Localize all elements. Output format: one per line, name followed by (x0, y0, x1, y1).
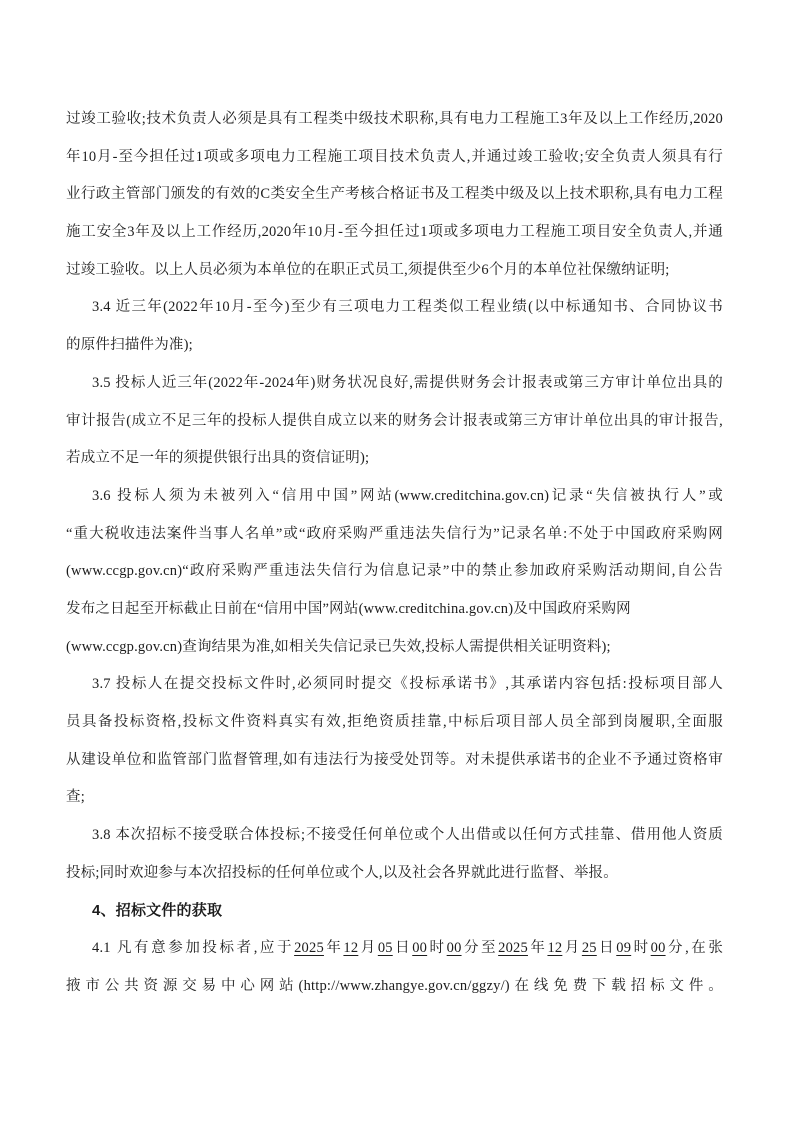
paragraph-section-3-7: 3.7 投标人在提交投标文件时,必须同时提交《投标承诺书》,其承诺内容包括:投标… (66, 666, 723, 817)
underlined-value: 25 (582, 940, 597, 956)
text-segment: 年 (324, 940, 344, 956)
document-body: 过竣工验收;技术负责人必须是具有工程类中级技术职称,具有电力工程施工3年及以上工… (66, 101, 723, 1006)
text-line: 业行政主管部门颁发的有效的C类安全生产考核合格证书及工程类中级及以上技术职称,具… (66, 176, 723, 214)
text-segment: 时 (631, 940, 651, 956)
text-line: 的原件扫描件为准); (66, 327, 723, 365)
text-segment: 年 (528, 940, 548, 956)
text-segment: 分至 (462, 940, 499, 956)
section-heading: 4、招标文件的获取 (66, 892, 723, 930)
paragraph-section-3-5: 3.5 投标人近三年(2022年-2024年)财务状况良好,需提供财务会计报表或… (66, 365, 723, 478)
text-line: 员具备投标资格,投标文件资料真实有效,拒绝资质挂靠,中标后项目部人员全部到岗履职… (66, 704, 723, 742)
text-segment: 时 (427, 940, 447, 956)
paragraph-section-3-8: 3.8 本次招标不接受联合体投标;不接受任何单位或个人出借或以任何方式挂靠、借用… (66, 817, 723, 892)
underlined-value: 2025 (498, 940, 528, 956)
underlined-value: 00 (447, 940, 462, 956)
text-line: 过竣工验收。以上人员必须为本单位的在职正式员工,须提供至少6个月的本单位社保缴纳… (66, 252, 723, 290)
paragraph-section-3-4: 3.4 近三年(2022年10月-至今)至少有三项电力工程类似工程业绩(以中标通… (66, 289, 723, 364)
text-line: 4.1 凡有意参加投标者,应于2025年12月05日00时00分至2025年12… (66, 930, 723, 968)
text-line: 过竣工验收;技术负责人必须是具有工程类中级技术职称,具有电力工程施工3年及以上工… (66, 101, 723, 139)
text-line: “重大税收违法案件当事人名单”或“政府采购严重违法失信行为”记录名单:不处于中国… (66, 516, 723, 554)
text-segment: 日 (597, 940, 617, 956)
text-segment: 4.1 凡有意参加投标者,应于 (92, 940, 294, 956)
text-line: 3.7 投标人在提交投标文件时,必须同时提交《投标承诺书》,其承诺内容包括:投标… (66, 666, 723, 704)
text-line: 掖市公共资源交易中心网站(http://www.zhangye.gov.cn/g… (66, 968, 723, 1006)
paragraph-section-3-6: 3.6 投标人须为未被列入“信用中国”网站(www.creditchina.go… (66, 478, 723, 666)
underlined-value: 12 (547, 940, 562, 956)
text-line: 年10月-至今担任过1项或多项电力工程施工项目技术负责人,并通过竣工验收;安全负… (66, 139, 723, 177)
text-line: 发布之日起至开标截止日前在“信用中国”网站(www.creditchina.go… (66, 591, 723, 629)
underlined-value: 00 (651, 940, 666, 956)
text-line: 查; (66, 779, 723, 817)
text-line: 施工安全3年及以上工作经历,2020年10月-至今担任过1项或多项电力工程施工项… (66, 214, 723, 252)
text-segment: 分,在张 (666, 940, 724, 956)
text-line: 若成立不足一年的须提供银行出具的资信证明); (66, 440, 723, 478)
underlined-value: 00 (412, 940, 427, 956)
text-line: (www.ccgp.gov.cn)“政府采购严重违法失信行为信息记录”中的禁止参… (66, 553, 723, 591)
text-line: 投标;同时欢迎参与本次招投标的任何单位或个人,以及社会各界就此进行监督、举报。 (66, 855, 723, 893)
text-line: 从建设单位和监管部门监督管理,如有违法行为接受处罚等。对未提供承诺书的企业不予通… (66, 742, 723, 780)
document-page: 过竣工验收;技术负责人必须是具有工程类中级技术职称,具有电力工程施工3年及以上工… (0, 0, 793, 1122)
paragraph-section-3-3-personnel-continued: 过竣工验收;技术负责人必须是具有工程类中级技术职称,具有电力工程施工3年及以上工… (66, 101, 723, 289)
text-line: 审计报告(成立不足三年的投标人提供自成立以来的财务会计报表或第三方审计单位出具的… (66, 403, 723, 441)
text-segment: 月 (358, 940, 378, 956)
text-line: 3.4 近三年(2022年10月-至今)至少有三项电力工程类似工程业绩(以中标通… (66, 289, 723, 327)
underlined-value: 05 (378, 940, 393, 956)
paragraph-section-4-1: 4.1 凡有意参加投标者,应于2025年12月05日00时00分至2025年12… (66, 930, 723, 1005)
text-line: 3.5 投标人近三年(2022年-2024年)财务状况良好,需提供财务会计报表或… (66, 365, 723, 403)
underlined-value: 09 (616, 940, 631, 956)
underlined-value: 12 (343, 940, 358, 956)
text-line: 3.8 本次招标不接受联合体投标;不接受任何单位或个人出借或以任何方式挂靠、借用… (66, 817, 723, 855)
text-segment: 日 (393, 940, 413, 956)
text-line: (www.ccgp.gov.cn)查询结果为准,如相关失信记录已失效,投标人需提… (66, 629, 723, 667)
paragraph-section-4-heading: 4、招标文件的获取 (66, 892, 723, 930)
text-segment: 月 (562, 940, 582, 956)
underlined-value: 2025 (294, 940, 324, 956)
text-line: 3.6 投标人须为未被列入“信用中国”网站(www.creditchina.go… (66, 478, 723, 516)
